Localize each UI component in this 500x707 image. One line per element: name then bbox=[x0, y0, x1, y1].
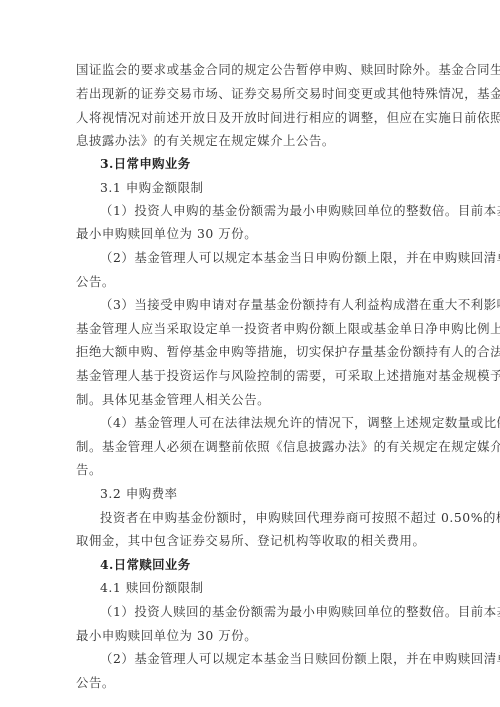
section-heading: 3.日常申购业务 bbox=[100, 156, 450, 172]
paragraph-line: 拒绝大额申购、暂停基金申购等措施，切实保护存量基金份额持有人的合法权益。 bbox=[76, 344, 426, 360]
section-heading: 4.日常赎回业务 bbox=[100, 557, 450, 573]
paragraph-line: （3）当接受申购申请对存量基金份额持有人利益构成潜在重大不利影响时， bbox=[100, 297, 426, 313]
subsection-heading: 3.2 申购费率 bbox=[100, 486, 450, 502]
subsection-heading: 3.1 申购金额限制 bbox=[100, 180, 450, 196]
paragraph-line: 息披露办法》的有关规定在规定媒介上公告。 bbox=[76, 133, 426, 149]
document-page: 国证监会的要求或基金合同的规定公告暂停申购、赎回时除外。基金合同生效后，若出现新… bbox=[0, 0, 500, 707]
paragraph-line: 人将视情况对前述开放日及开放时间进行相应的调整，但应在实施日前依照《信 bbox=[76, 110, 426, 126]
paragraph-line: 最小申购赎回单位为 30 万份。 bbox=[76, 628, 426, 644]
paragraph-line: 制。具体见基金管理人相关公告。 bbox=[76, 392, 426, 408]
paragraph-line: 基金管理人应当采取设定单一投资者申购份额上限或基金单日净申购比例上限、 bbox=[76, 321, 426, 337]
paragraph-line: 国证监会的要求或基金合同的规定公告暂停申购、赎回时除外。基金合同生效后， bbox=[76, 62, 426, 78]
paragraph-line: 取佣金，其中包含证券交易所、登记机构等收取的相关费用。 bbox=[76, 533, 426, 549]
paragraph-line: 公告。 bbox=[76, 675, 426, 691]
subsection-heading: 4.1 赎回份额限制 bbox=[100, 580, 450, 596]
paragraph-line: 若出现新的证券交易市场、证券交易所交易时间变更或其他特殊情况，基金管理 bbox=[76, 86, 426, 102]
paragraph-line: （1）投资人申购的基金份额需为最小申购赎回单位的整数倍。目前本基金 bbox=[100, 203, 426, 219]
paragraph-line: 制。基金管理人必须在调整前依照《信息披露办法》的有关规定在规定媒介上公 bbox=[76, 439, 426, 455]
paragraph-line: 最小申购赎回单位为 30 万份。 bbox=[76, 226, 426, 242]
paragraph-line: （1）投资人赎回的基金份额需为最小申购赎回单位的整数倍。目前本基金 bbox=[100, 604, 426, 620]
paragraph-line: （2）基金管理人可以规定本基金当日赎回份额上限，并在申购赎回清单中 bbox=[100, 651, 426, 667]
paragraph-line: （4）基金管理人可在法律法规允许的情况下，调整上述规定数量或比例限 bbox=[100, 415, 426, 431]
paragraph-line: 基金管理人基于投资运作与风险控制的需要，可采取上述措施对基金规模予以控 bbox=[76, 368, 426, 384]
paragraph-line: 告。 bbox=[76, 462, 426, 478]
paragraph-line: 投资者在申购基金份额时，申购赎回代理券商可按照不超过 0.50%的标准收 bbox=[100, 510, 426, 526]
paragraph-line: 公告。 bbox=[76, 274, 426, 290]
paragraph-line: （2）基金管理人可以规定本基金当日申购份额上限，并在申购赎回清单中 bbox=[100, 250, 426, 266]
